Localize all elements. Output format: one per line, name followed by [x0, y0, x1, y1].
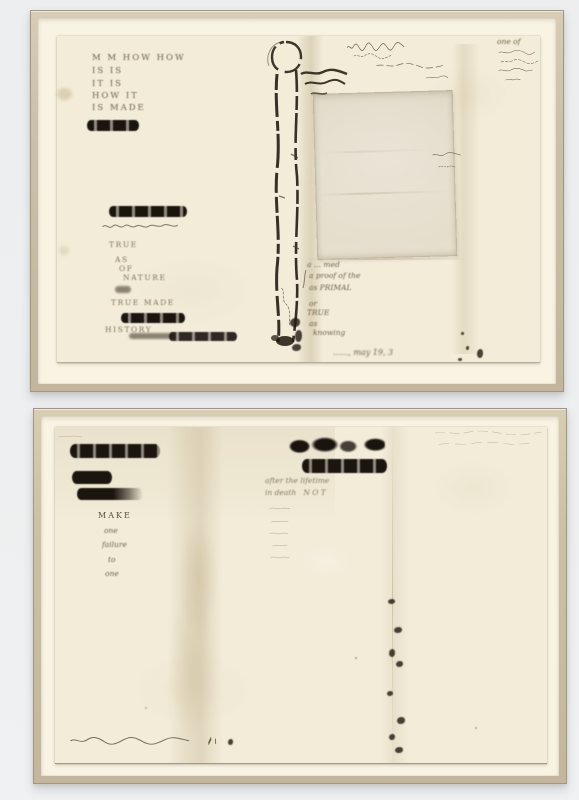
ink-dab — [389, 649, 395, 657]
fold-stain-band — [167, 427, 223, 763]
text-line: a proof of the — [309, 271, 360, 280]
text-line: a ... med — [307, 260, 340, 269]
paper-sheet-top: M M HOW HOW IS IS IT IS HOW IT IS MADE T… — [57, 36, 540, 363]
text-line: to — [108, 555, 116, 564]
fold-stain-band — [452, 44, 480, 354]
text-line: NATURE — [123, 273, 167, 282]
ink-blot — [477, 349, 483, 358]
text-line: failure — [102, 540, 127, 549]
ink-speck — [475, 727, 477, 729]
ink-scrawl — [498, 66, 534, 74]
ink-scrawl — [500, 57, 540, 65]
redaction-bar — [70, 444, 160, 458]
ink-scrawl — [432, 150, 462, 159]
ink-dab — [395, 747, 403, 753]
ink-scrawl — [505, 75, 521, 83]
text-line: TRUE MADE — [111, 298, 175, 307]
text-line: HOW IT — [92, 91, 139, 101]
redaction-bar — [121, 313, 185, 323]
ink-scrawl — [498, 48, 536, 56]
text-line: MAKE — [98, 511, 132, 520]
ink-scrawl-cluster — [297, 66, 353, 102]
text-line: as — [309, 319, 317, 328]
ink-dab — [389, 734, 395, 740]
pencil-scrawl — [433, 429, 545, 436]
ink-scrawl — [353, 51, 393, 60]
text-line: or — [309, 299, 317, 308]
text-line: after the lifetime — [265, 476, 329, 485]
redaction-bar — [72, 471, 112, 484]
ink-scrawl — [375, 60, 447, 70]
ink-blot — [228, 739, 233, 745]
ink-scrawl — [438, 162, 456, 170]
text-line: IS IS — [92, 66, 123, 76]
patch-crease — [322, 149, 432, 154]
text-line: one of — [497, 37, 520, 46]
text-line: knowing — [313, 328, 345, 337]
redaction-bar — [77, 488, 143, 500]
ink-dab — [388, 599, 395, 604]
patch-crease — [320, 190, 450, 196]
redaction-bar — [109, 206, 187, 217]
mat-top: M M HOW HOW IS IS IT IS HOW IT IS MADE T… — [38, 18, 556, 384]
text-line: one — [105, 569, 119, 578]
ink-speck — [458, 358, 462, 361]
text-line: M M HOW HOW — [92, 53, 186, 63]
redaction-bar — [302, 459, 387, 473]
text-line: AS — [115, 255, 129, 264]
text-line: TRUE — [307, 308, 329, 317]
collage-patch — [313, 90, 458, 260]
ink-speck — [355, 657, 357, 659]
text-line: TRUE — [109, 240, 138, 249]
text-line: IT IS — [92, 79, 123, 89]
redaction-bar — [288, 437, 385, 454]
faint-scrawl — [269, 529, 289, 537]
ink-blot — [290, 318, 300, 327]
ink-scrawl — [101, 220, 181, 232]
redaction-bar — [87, 120, 139, 131]
ink-speck — [145, 707, 147, 709]
paper-crease — [392, 427, 393, 763]
pencil-scrawl — [57, 432, 83, 440]
ink-dab — [387, 691, 393, 696]
text-line: OF — [119, 264, 134, 273]
mat-bottom: MAKE one failure to one after the lifeti… — [41, 416, 559, 776]
text-line: as PRIMAL — [309, 283, 351, 292]
text-line: IS MADE — [92, 103, 146, 113]
fold-stain-band — [381, 427, 409, 763]
faint-scrawl — [269, 504, 291, 512]
text-line: one — [104, 526, 118, 535]
paper-stain — [59, 246, 69, 255]
framed-artwork-top: M M HOW HOW IS IS IT IS HOW IT IS MADE T… — [30, 10, 564, 392]
gallery-wall: M M HOW HOW IS IS IT IS HOW IT IS MADE T… — [0, 0, 579, 800]
faint-scrawl — [270, 553, 290, 561]
ink-blot — [295, 330, 302, 342]
framed-artwork-bottom: MAKE one failure to one after the lifeti… — [33, 408, 567, 784]
ink-scrawl — [207, 737, 221, 745]
ink-smear-bar — [169, 332, 237, 341]
paper-stain — [57, 88, 72, 100]
text-line: in death N O T — [265, 488, 326, 497]
ink-blot — [292, 344, 301, 351]
ink-dab — [397, 717, 405, 724]
ink-dab — [396, 661, 403, 667]
paper-sheet-bottom: MAKE one failure to one after the lifeti… — [55, 427, 547, 764]
ink-smudge — [115, 286, 131, 293]
faint-scrawl — [272, 541, 288, 549]
faint-scrawl — [271, 517, 289, 525]
pencil-scrawl — [437, 440, 533, 447]
ink-scrawl — [68, 734, 193, 746]
ink-speck — [466, 346, 469, 350]
ink-scrawl — [425, 73, 449, 81]
bottom-inscription: ......, may 19, 3 — [333, 348, 393, 357]
ink-dab — [394, 627, 402, 633]
ink-speck — [461, 332, 464, 335]
